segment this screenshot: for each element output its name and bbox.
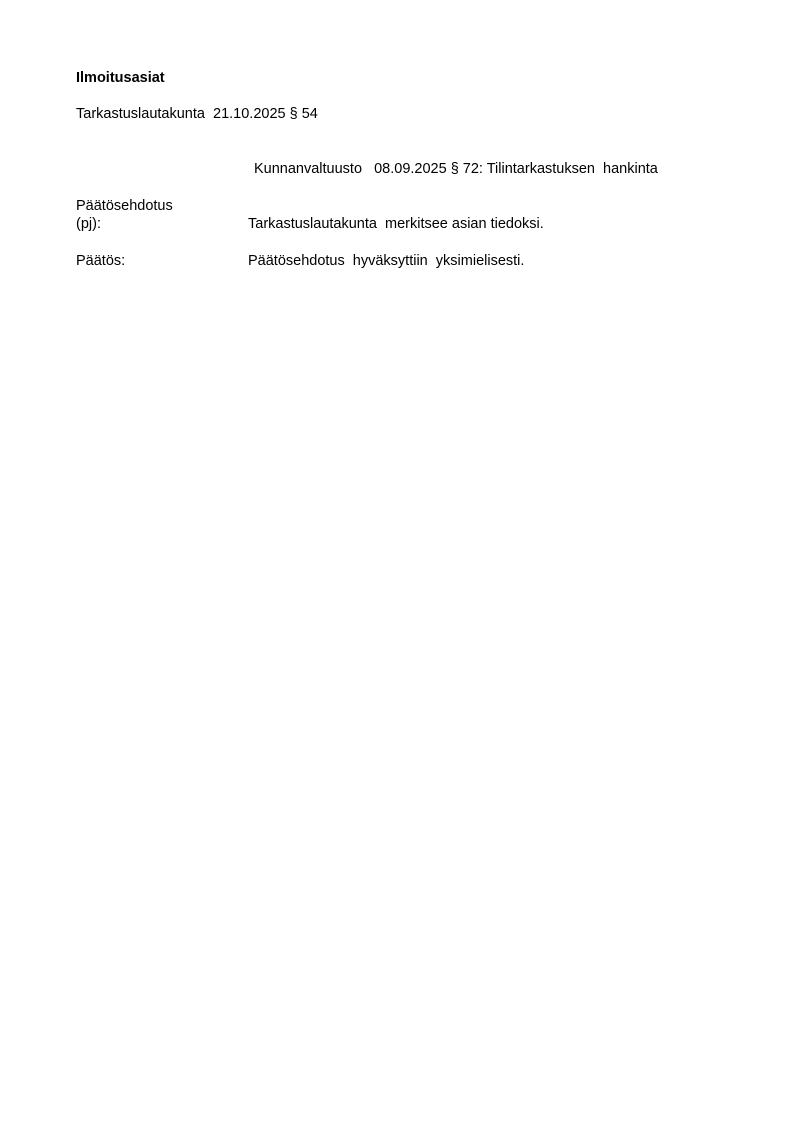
section-title: Ilmoitusasiat — [76, 69, 165, 87]
decision-text: Päätösehdotus hyväksyttiin yksimielisest… — [248, 252, 524, 270]
decision-label: Päätös: — [76, 252, 125, 270]
proposal-label-line1: Päätösehdotus — [76, 197, 173, 215]
proposal-text: Tarkastuslautakunta merkitsee asian tied… — [248, 215, 544, 233]
proposal-label-line2: (pj): — [76, 215, 101, 233]
council-reference: Kunnanvaltuusto 08.09.2025 § 72: Tilinta… — [254, 160, 658, 178]
board-reference: Tarkastuslautakunta 21.10.2025 § 54 — [76, 105, 318, 123]
